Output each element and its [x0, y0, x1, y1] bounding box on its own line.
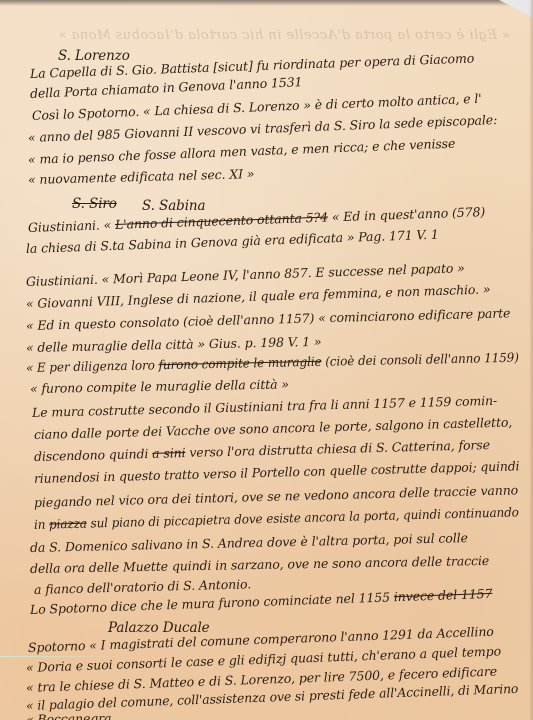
text-line: a fianco dell'oratorio di S. Antonio.	[34, 576, 251, 597]
text-fragment: Giustiniani. «	[28, 217, 116, 235]
struck-text: piazza	[49, 516, 87, 532]
text-fragment: (cioè dei consoli dell'anno 1159)	[321, 350, 519, 369]
text-line: della ora delle Muette quindi in sarzano…	[30, 553, 489, 576]
manuscript-page: « Egli è certo la porta d'Accelle in hic…	[0, 0, 533, 720]
struck-text: furono compite le muraglie	[158, 354, 321, 372]
text-fragment: in	[34, 517, 49, 532]
struck-text: invece del 1157	[394, 586, 493, 604]
text-fragment: della	[30, 560, 64, 576]
text-fragment: « Ed in quest'anno (578)	[328, 204, 486, 224]
text-line: « Boccanegra.	[26, 710, 116, 720]
text-line: da S. Domenico salivano in S. Andrea dov…	[30, 530, 468, 555]
text-line: « E per diligenza loro furono compite le…	[26, 350, 519, 375]
text-line: riunendosi in questo tratto verso il Por…	[34, 458, 520, 486]
page-edge	[529, 0, 533, 720]
scan-top-shadow	[0, 0, 533, 6]
folded-corner	[499, 0, 533, 18]
text-line: in piazza sul piano di piccapietra dove …	[34, 504, 519, 532]
text-fragment: discendono quindi	[34, 446, 153, 464]
struck-heading-s-siro: S. Siro	[72, 196, 117, 212]
text-fragment: verso l'ora distrutta chiesa di S. Catte…	[185, 437, 490, 460]
text-line: « nuovamente edificata nel sec. XI »	[28, 166, 255, 187]
text-line: « Ed in questo consolato (cioè dell'anno…	[26, 305, 511, 333]
text-fragment: ora delle Muette quindi in sarzano, ove …	[64, 553, 489, 575]
text-fragment: sul piano di piccapietra dove esiste anc…	[87, 504, 519, 530]
text-fragment: « E per diligenza loro	[26, 357, 159, 375]
section-heading-s-lorenzo: S. Lorenzo	[58, 48, 130, 64]
struck-text: a sini	[152, 445, 186, 461]
bleed-through-text: « Egli è certo la porta d'Accelle in hic…	[20, 28, 510, 43]
section-heading-s-sabina: S. Sabina	[142, 198, 205, 214]
text-line: « delle muraglie della città » Gius. p. …	[26, 334, 322, 355]
text-line: « furono compite le muraglie della città…	[30, 376, 289, 396]
